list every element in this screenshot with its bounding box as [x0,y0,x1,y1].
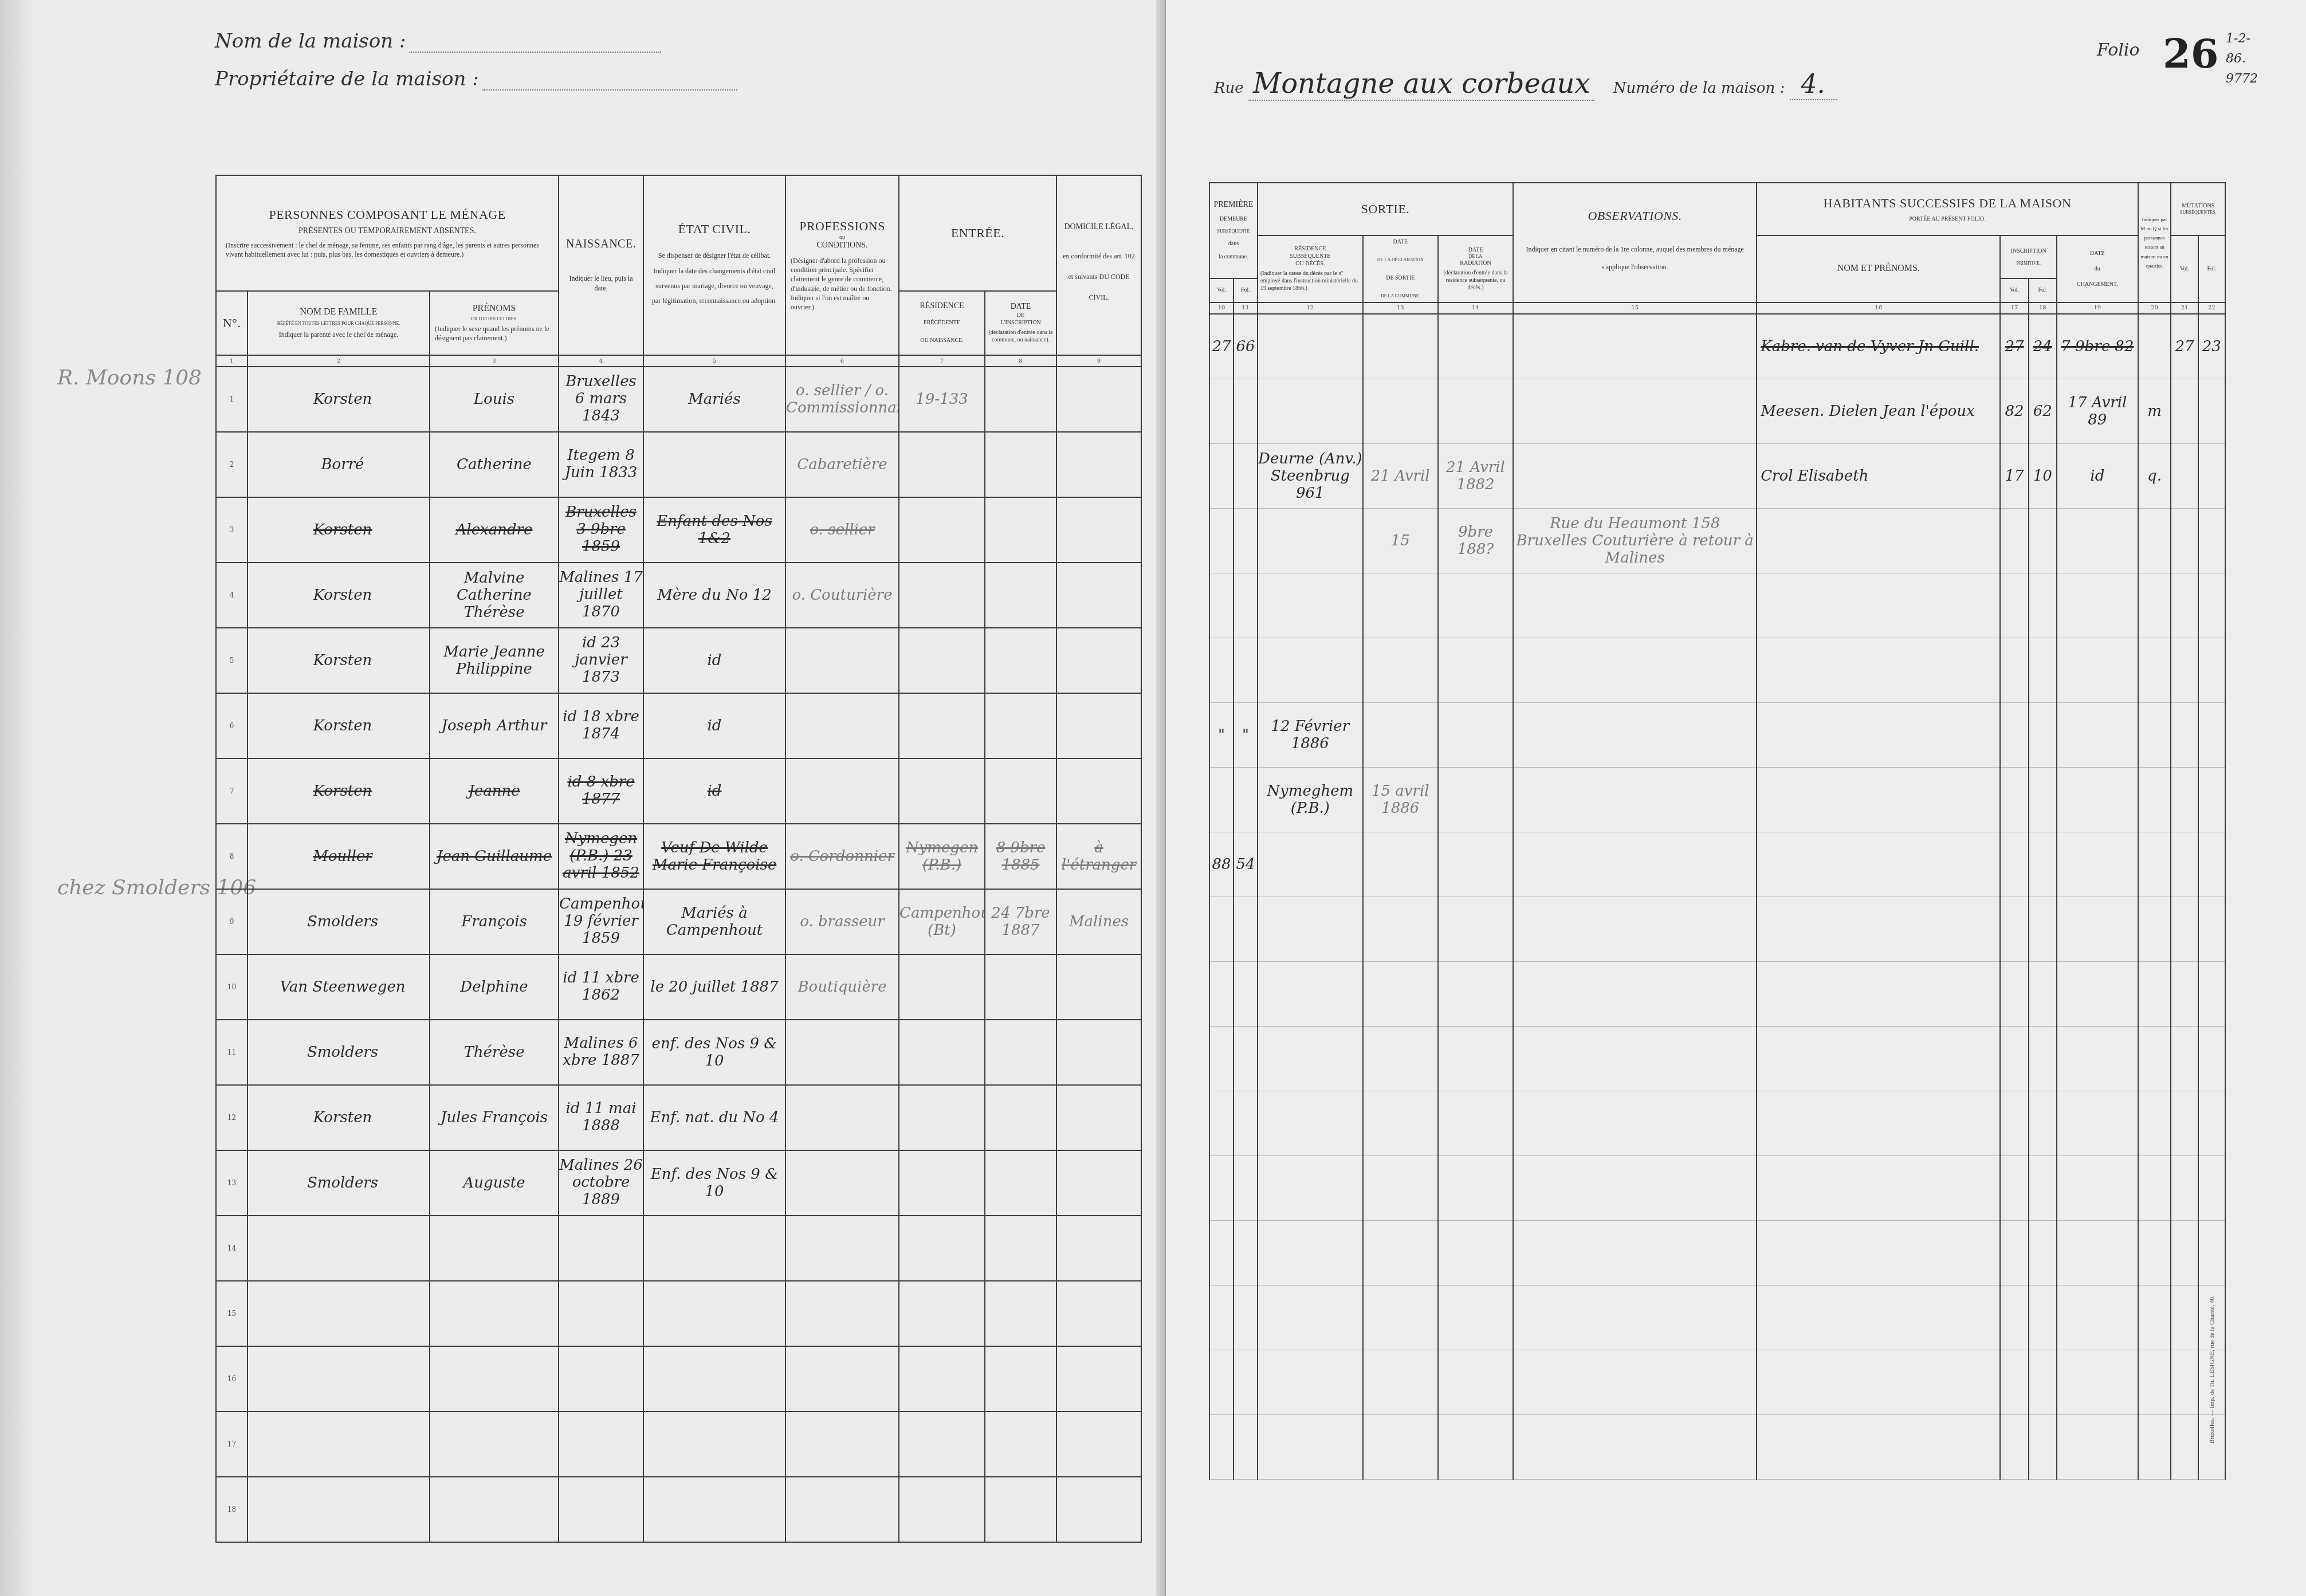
inscription-vol-cell [2000,832,2028,897]
civil-status-cell [643,1412,785,1477]
birth-cell: Itegem 8 Juin 1833 [559,432,643,497]
inscription-fol-cell [2029,832,2057,897]
mutation-fol-cell [2198,897,2225,961]
mutation-vol-cell [2171,508,2198,573]
given-name-cell [430,1281,559,1346]
inhabitant-name-cell [1757,1220,2000,1285]
mutation-fol-cell [2198,638,2225,702]
table-row [1209,1414,2225,1479]
inscription-vol-cell [2000,508,2028,573]
inhabitant-name-cell [1757,508,2000,573]
radiation-date-cell [1438,832,1513,897]
observations-cell [1513,961,1757,1026]
inhabitant-name-cell [1757,573,2000,638]
table-row: 5KorstenMarie Jeanne Philippineid 23 jan… [216,628,1141,693]
row-number: 13 [216,1150,248,1216]
change-date-cell [2057,767,2138,832]
dans-header: dans [1211,240,1256,247]
profession-cell [785,1346,899,1412]
civil-status-cell: enf. des Nos 9 & 10 [643,1020,785,1085]
radiation-date-cell [1438,379,1513,443]
radiation-date-cell [1438,1350,1513,1414]
premiere-header: PREMIÈRE [1211,201,1256,210]
birth-cell [559,1346,643,1412]
table-row [1209,1285,2225,1350]
table-row: Meesen. Dielen Jean l'époux826217 Avril … [1209,379,2225,443]
given-name-cell: Jules François [430,1085,559,1150]
habitants-sub: PORTÉE AU PRÉSENT FOLIO. [1757,215,2137,223]
row-number: 12 [216,1085,248,1150]
inhabitant-name-cell [1757,961,2000,1026]
legal-domicile-cell [1056,1216,1141,1281]
previous-residence-cell: Campenhout (Bt) [899,889,985,954]
table-row [1209,1155,2225,1220]
surname-cell: Korsten [248,367,430,432]
col-number: 1 [216,355,248,367]
mutation-vol-cell [2171,573,2198,638]
observations-cell [1513,443,1757,508]
row-number: 14 [216,1216,248,1281]
departure-date-cell [1363,961,1438,1026]
radiation-date-cell [1438,1414,1513,1479]
given-name-cell: Catherine [430,432,559,497]
given-name-cell: Delphine [430,954,559,1020]
inscription-fol-cell [2029,961,2057,1026]
subsequent-residence-cell [1258,832,1363,897]
inscription-date-cell [985,1412,1056,1477]
table-row [1209,1026,2225,1091]
first-residence-vol [1209,1350,1233,1414]
radiation-date-cell: 21 Avril 1882 [1438,443,1513,508]
mut-fol-header: Fol. [2199,265,2225,273]
departure-date-cell: 15 avril 1886 [1363,767,1438,832]
m-or-q-cell [2138,1155,2171,1220]
margin-note-1: R. Moons 108 [57,367,202,390]
inhabitant-name-cell [1757,1414,2000,1479]
previous-residence-cell [899,1150,985,1216]
row-number: 1 [216,367,248,432]
given-name-cell [430,1216,559,1281]
birth-cell: Malines 17 juillet 1870 [559,563,643,628]
civil-status-cell: Mère du No 12 [643,563,785,628]
inhabitant-name-cell [1757,638,2000,702]
surname-cell: Korsten [248,497,430,563]
inscription-vol-cell [2000,1220,2028,1285]
subsequent-residence-cell [1258,961,1363,1026]
professions-title: PROFESSIONS [791,219,894,234]
subsequent-residence-cell [1258,1285,1363,1350]
observations-cell [1513,1350,1757,1414]
mutation-fol-cell [2198,379,2225,443]
inhabitant-name-cell [1757,1026,2000,1091]
birth-cell [559,1281,643,1346]
mutation-fol-cell [2198,832,2225,897]
inhabitant-name-cell [1757,1350,2000,1414]
inscription-fol-cell [2029,1026,2057,1091]
right-column-number-row: 10111213141516171819202122 [1209,302,2225,314]
m-or-q-cell [2138,961,2171,1026]
inscription-date-cell [985,1346,1056,1412]
observations-cell [1513,638,1757,702]
table-row [1209,897,2225,961]
inhabitant-name-cell: Crol Elisabeth [1757,443,2000,508]
change-date-cell [2057,508,2138,573]
inscription-date-cell [985,497,1056,563]
previous-residence-cell [899,563,985,628]
inscription-date-cell [985,367,1056,432]
civil-status-cell: Enf. des Nos 9 & 10 [643,1150,785,1216]
departure-date-cell [1363,1091,1438,1155]
birth-cell: id 11 xbre 1862 [559,954,643,1020]
legal-domicile-cell [1056,432,1141,497]
professions-cond: CONDITIONS. [791,241,894,250]
inscription-fol-cell [2029,897,2057,961]
given-name-cell: François [430,889,559,954]
inscription-vol-cell: 27 [2000,314,2028,379]
surname-cell: Korsten [248,693,430,758]
etat-civil-title: ÉTAT CIVIL. [652,222,777,237]
col-number: 12 [1258,302,1363,314]
radiation-date-cell [1438,314,1513,379]
observations-cell [1513,1155,1757,1220]
profession-cell: o. Couturière [785,563,899,628]
radiation-date-cell [1438,961,1513,1026]
row-number: 6 [216,693,248,758]
prem-fol-header: Fol. [1234,286,1257,294]
previous-residence-cell [899,1281,985,1346]
mutation-vol-cell [2171,832,2198,897]
inscription-date-cell [985,628,1056,693]
radiation-date-cell [1438,638,1513,702]
radiation-date-cell [1438,767,1513,832]
subsequent-residence-cell [1258,314,1363,379]
row-number: 11 [216,1020,248,1085]
du-header: du [2058,265,2136,273]
first-residence-fol [1233,897,1258,961]
change-date-cell [2057,1414,2138,1479]
radiation-date-cell [1438,573,1513,638]
first-residence-fol [1233,508,1258,573]
first-residence-fol: " [1233,702,1258,767]
mutation-fol-cell [2198,1155,2225,1220]
mutation-vol-cell [2171,961,2198,1026]
legal-domicile-cell: à l'étranger [1056,824,1141,889]
table-row [1209,1091,2225,1155]
prenoms-sub: EN TOUTES LETTRES. [435,316,553,322]
inscription-vol-cell [2000,1414,2028,1479]
first-residence-fol [1233,1091,1258,1155]
change-date-cell [2057,1350,2138,1414]
previous-residence-cell [899,1477,985,1542]
legal-domicile-cell [1056,693,1141,758]
inscription-vol-cell: 82 [2000,379,2028,443]
inscription-date-cell [985,1020,1056,1085]
given-name-cell [430,1477,559,1542]
departure-date-cell [1363,379,1438,443]
observations-cell [1513,314,1757,379]
profession-cell [785,693,899,758]
mutation-vol-cell [2171,767,2198,832]
birth-cell [559,1216,643,1281]
inscription-fol-cell: 62 [2029,379,2057,443]
table-row: 8MoullerJean GuillaumeNymegen (P.B.) 23 … [216,824,1141,889]
row-number: 5 [216,628,248,693]
inscription-date-cell [985,1085,1056,1150]
inscription-date-cell [985,954,1056,1020]
profession-cell: Boutiquière [785,954,899,1020]
radiation-date-cell [1438,1026,1513,1091]
col-number: 22 [2198,302,2225,314]
birth-cell: Bruxelles 3 9bre 1859 [559,497,643,563]
first-residence-fol [1233,1220,1258,1285]
departure-date-cell [1363,832,1438,897]
subsequent-residence-cell: Deurne (Anv.) Steenbrug 961 [1258,443,1363,508]
inhabitant-name-cell: Meesen. Dielen Jean l'époux [1757,379,2000,443]
observations-cell [1513,1414,1757,1479]
first-residence-vol [1209,508,1233,573]
surname-cell: Smolders [248,1020,430,1085]
table-row: 159bre 188?Rue du Heaumont 158 Bruxelles… [1209,508,2225,573]
res-subs-header: RÉSIDENCE [1260,245,1360,253]
mutations-header: MUTATIONS [2173,202,2223,210]
mutation-vol-cell [2171,1155,2198,1220]
profession-cell [785,628,899,693]
profession-cell: o. sellier [785,497,899,563]
birth-cell: Malines 6 xbre 1887 [559,1020,643,1085]
legal-domicile-cell [1056,628,1141,693]
res-subs-note: (Indiquer la cause du décès par le nº em… [1260,270,1360,292]
inhabitant-name-cell: Kabre. van de Vyver Jn Guill. [1757,314,2000,379]
mutations-sub: SUBSÉQUENTES. [2173,210,2223,215]
table-row [1209,1350,2225,1414]
observations-cell [1513,379,1757,443]
row-number: 2 [216,432,248,497]
civil-status-cell: id [643,693,785,758]
row-number: 16 [216,1346,248,1412]
street-field: Rue Montagne aux corbeaux Numéro de la m… [1214,68,1837,100]
surname-cell: Van Steenwegen [248,954,430,1020]
inscription-fol-cell [2029,638,2057,702]
change-date-cell [2057,897,2138,961]
given-name-cell: Louis [430,367,559,432]
table-row: 8854 [1209,832,2225,897]
mutation-fol-cell [2198,1220,2225,1285]
owner-field: Propriétaire de la maison : [215,68,737,91]
col-number: 7 [899,355,985,367]
date-decl-header-4: DE LA COMMUNE. [1366,293,1435,299]
first-residence-fol [1233,443,1258,508]
departure-date-cell [1363,1026,1438,1091]
observations-title: OBSERVATIONS. [1525,209,1745,223]
profession-cell: Cabaretière [785,432,899,497]
inscription-fol-cell [2029,1155,2057,1220]
legal-domicile-cell [1056,1020,1141,1085]
folio-annotation: 1-2-86. 9772 [2226,29,2266,89]
m-or-q-cell: m [2138,379,2171,443]
subsequent-residence-cell: Nymeghem (P.B.) [1258,767,1363,832]
folio-number: 26 [2163,30,2218,77]
mutation-fol-cell [2198,443,2225,508]
m-or-q-cell [2138,1414,2171,1479]
col-number: 8 [985,355,1056,367]
table-row: 15 [216,1281,1141,1346]
commune-header: la commune. [1211,253,1256,261]
birth-cell: id 18 xbre 1874 [559,693,643,758]
first-residence-vol: " [1209,702,1233,767]
previous-residence-cell [899,1216,985,1281]
civil-status-cell [643,1281,785,1346]
table-row: 2766Kabre. van de Vyver Jn Guill.27247 9… [1209,314,2225,379]
table-row: 6KorstenJoseph Arthurid 18 xbre 1874id [216,693,1141,758]
col-number: 17 [2000,302,2028,314]
subsequent-residence-cell [1258,1026,1363,1091]
profession-cell [785,1150,899,1216]
date-header: DATE [988,302,1054,312]
first-residence-vol [1209,1155,1233,1220]
change-date-cell [2057,638,2138,702]
civil-status-cell: Mariés à Campenhout [643,889,785,954]
first-residence-fol: 66 [1233,314,1258,379]
observations-cell [1513,702,1757,767]
table-row: 9SmoldersFrançoisCampenhout 19 février 1… [216,889,1141,954]
personnes-title: PERSONNES COMPOSANT LE MÉNAGE [226,207,549,222]
m-or-q-cell [2138,638,2171,702]
page-edge [0,0,34,1596]
profession-cell [785,1281,899,1346]
first-residence-fol [1233,1155,1258,1220]
row-number: 15 [216,1281,248,1346]
civil-status-cell: le 20 juillet 1887 [643,954,785,1020]
observations-cell [1513,1285,1757,1350]
m-or-q-cell: q. [2138,443,2171,508]
birth-cell [559,1477,643,1542]
first-residence-vol [1209,379,1233,443]
inscription-vol-cell [2000,1091,2028,1155]
m-or-q-cell [2138,1026,2171,1091]
col-number: 19 [2057,302,2138,314]
inscription-vol-cell [2000,1350,2028,1414]
first-residence-fol [1233,1414,1258,1479]
birth-cell: id 8 xbre 1877 [559,758,643,824]
radiation-date-cell: 9bre 188? [1438,508,1513,573]
inscription-fol-cell: 10 [2029,443,2057,508]
profession-cell [785,1477,899,1542]
inscription-date-cell [985,563,1056,628]
row-number: 18 [216,1477,248,1542]
civil-status-cell: Enfant des Nos 1&2 [643,497,785,563]
street-label: Rue [1214,80,1244,97]
first-residence-vol: 88 [1209,832,1233,897]
residence-header: RÉSIDENCE [902,302,982,311]
inscription-fol-cell [2029,508,2057,573]
first-residence-fol [1233,767,1258,832]
change-date-cell [2057,961,2138,1026]
col-number: 15 [1513,302,1757,314]
departure-date-cell [1363,1285,1438,1350]
civil-status-cell [643,432,785,497]
subsequent-residence-cell [1258,1091,1363,1155]
inhabitant-name-cell [1757,832,2000,897]
given-name-cell: Alexandre [430,497,559,563]
m-or-q-cell [2138,573,2171,638]
inscription-date-cell [985,1477,1056,1542]
table-row: 3KorstenAlexandreBruxelles 3 9bre 1859En… [216,497,1141,563]
departure-date-cell [1363,314,1438,379]
nom-prenoms-header: NOM ET PRÉNOMS. [1757,264,1999,274]
table-row: 17 [216,1412,1141,1477]
col-number: 11 [1233,302,1258,314]
profession-cell [785,1216,899,1281]
surname-cell [248,1281,430,1346]
m-or-q-cell [2138,508,2171,573]
surname-cell [248,1477,430,1542]
subsequent-residence-cell [1258,1220,1363,1285]
mutation-fol-cell [2198,767,2225,832]
no-header: N°. [217,316,247,331]
first-residence-fol [1233,1026,1258,1091]
inhabitant-name-cell [1757,897,2000,961]
sortie-title: SORTIE. [1258,202,1513,217]
first-residence-fol [1233,638,1258,702]
insc-fol-header: Fol. [2029,286,2056,294]
nom-famille-header: NOM DE FAMILLE [253,307,425,317]
subsequent-residence-cell [1258,508,1363,573]
first-residence-vol [1209,1414,1233,1479]
inhabitant-name-cell [1757,1091,2000,1155]
legal-domicile-cell [1056,954,1141,1020]
first-residence-vol [1209,638,1233,702]
table-row: ""12 Février 1886 [1209,702,2225,767]
departure-date-cell [1363,1414,1438,1479]
surname-cell: Mouller [248,824,430,889]
previous-residence-cell: Nymegen (P.B.) [899,824,985,889]
household-rows: 1KorstenLouisBruxelles 6 mars 1843Mariés… [216,367,1141,1542]
departure-date-cell [1363,702,1438,767]
change-date-cell: 17 Avril 89 [2057,379,2138,443]
house-number-label: Numéro de la maison : [1613,80,1785,97]
naissance-title: NAISSANCE. [563,238,639,251]
civil-status-cell: Veuf De Wilde Marie Françoise [643,824,785,889]
previous-residence-cell [899,1346,985,1412]
house-name-field: Nom de la maison : [215,30,661,53]
surname-cell: Smolders [248,1150,430,1216]
col-number: 9 [1056,355,1141,367]
inscription-fol-cell [2029,1285,2057,1350]
house-name-label: Nom de la maison : [215,30,406,53]
mutation-vol-cell [2171,638,2198,702]
legal-domicile-cell [1056,758,1141,824]
mutation-fol-cell [2198,508,2225,573]
nom-famille-sub: RÉPÉTÉ EN TOUTES LETTRES POUR CHAQUE PER… [253,321,425,327]
table-row: 18 [216,1477,1141,1542]
profession-cell [785,758,899,824]
col-number: 2 [248,355,430,367]
inscription-vol-cell [2000,897,2028,961]
observations-cell [1513,1220,1757,1285]
left-page: Nom de la maison : Propriétaire de la ma… [0,0,1166,1596]
civil-status-cell [643,1216,785,1281]
radiation-date-cell [1438,1220,1513,1285]
change-date-cell [2057,1285,2138,1350]
date-decl-header: DATE [1366,238,1435,246]
mut-vol-header: Vol. [2171,265,2197,273]
de-header: DE [988,312,1054,319]
subsequent-residence-cell [1258,1155,1363,1220]
legal-domicile-cell [1056,497,1141,563]
table-row: 4KorstenMalvine Catherine ThérèseMalines… [216,563,1141,628]
first-residence-fol [1233,961,1258,1026]
previous-residence-cell [899,758,985,824]
